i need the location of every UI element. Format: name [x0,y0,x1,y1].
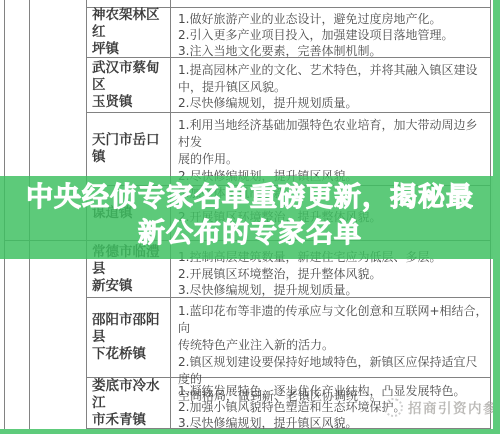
green-edge-strip-right [493,0,500,434]
watermark: 招商引资内参 [384,397,498,417]
text-line: 神农架林区红 [92,7,170,41]
town-name-cell: 娄底市冷水江市禾青镇 [87,378,170,428]
recommendation-cell: 1.提高园林产业的文化、艺术特色，并将其融入镇区建设中，提升镇区风貌。2.尽快修… [171,58,490,112]
text-line: 展的作用。 [178,151,488,168]
green-edge-strip-bottom [0,429,500,434]
town-name-cell: 神农架林区红坪镇 [87,8,170,57]
text-line: 市禾青镇 [92,412,170,429]
text-line: 新安镇 [92,278,170,295]
screenshot-canvas: 神农架林区红坪镇 1.做好旅游产业的业态设计，避免过度房地产化。2.引入更多产业… [0,0,500,434]
swirl-logo-icon [381,395,405,419]
town-name-cell: 武汉市蔡甸区玉贤镇 [87,58,170,112]
recommendation-cell: 1.利用当地经济基础加强特色农业培育，加大带动周边乡村发展的作用。2.尽快修编规… [171,113,490,185]
text-line: 下花桥镇 [92,346,170,363]
text-line: 2.尽快修编规划，提升规划质量。 [178,95,488,112]
text-line: 坪镇 [92,41,170,58]
text-line: 1.做好旅游产业的业态设计，避免过度房地产化。 [178,11,488,27]
text-line: 中，提升镇区风貌。 [178,79,488,96]
recommendation-cell: 1.蓝印花布等非遗的传承应与文化创意和互联网+相结合，向传统特色产业注入新的活力… [171,298,490,377]
text-line: 娄底市冷水江 [92,378,170,412]
watermark-text: 招商引资内参 [408,397,498,417]
text-line: 1.蓝印花布等非遗的传承应与文化创意和互联网+相结合，向 [178,303,488,337]
text-line: 2.开展镇区环境整治，提升整体风貌。 [178,266,488,283]
text-line: 邵阳市邵阳县 [92,312,170,346]
text-line: 1.提高园林产业的文化、艺术特色，并将其融入镇区建设 [178,62,488,79]
town-name-cell: 邵阳市邵阳县下花桥镇 [87,298,170,377]
headline-line: 中央经侦专家名单重磅更新，揭秘最 [0,180,500,216]
recommendation-cell: 1.做好旅游产业的业态设计，避免过度房地产化。2.引入更多产业项目投入，加强建设… [171,8,490,57]
text-line: 武汉市蔡甸区 [92,60,170,94]
text-line: 3.注入当地文化要素，完善体制机制。 [178,43,488,59]
text-line: 天门市岳口镇 [92,132,170,166]
text-line: 传统特色产业注入新的活力。 [178,337,488,354]
headline-line: 新公布的专家名单 [0,216,500,252]
text-line: 1.利用当地经济基础加强特色农业培育，加大带动周边乡村发 [178,117,488,151]
text-line: 3.尽快修编规划，提升规划质量。 [178,282,488,299]
text-line: 玉贤镇 [92,94,170,111]
headline-banner: 中央经侦专家名单重磅更新，揭秘最 新公布的专家名单 [0,176,500,259]
text-line: 2.引入更多产业项目投入，加强建设项目落地管理。 [178,27,488,43]
town-name-cell: 天门市岳口镇 [87,113,170,185]
